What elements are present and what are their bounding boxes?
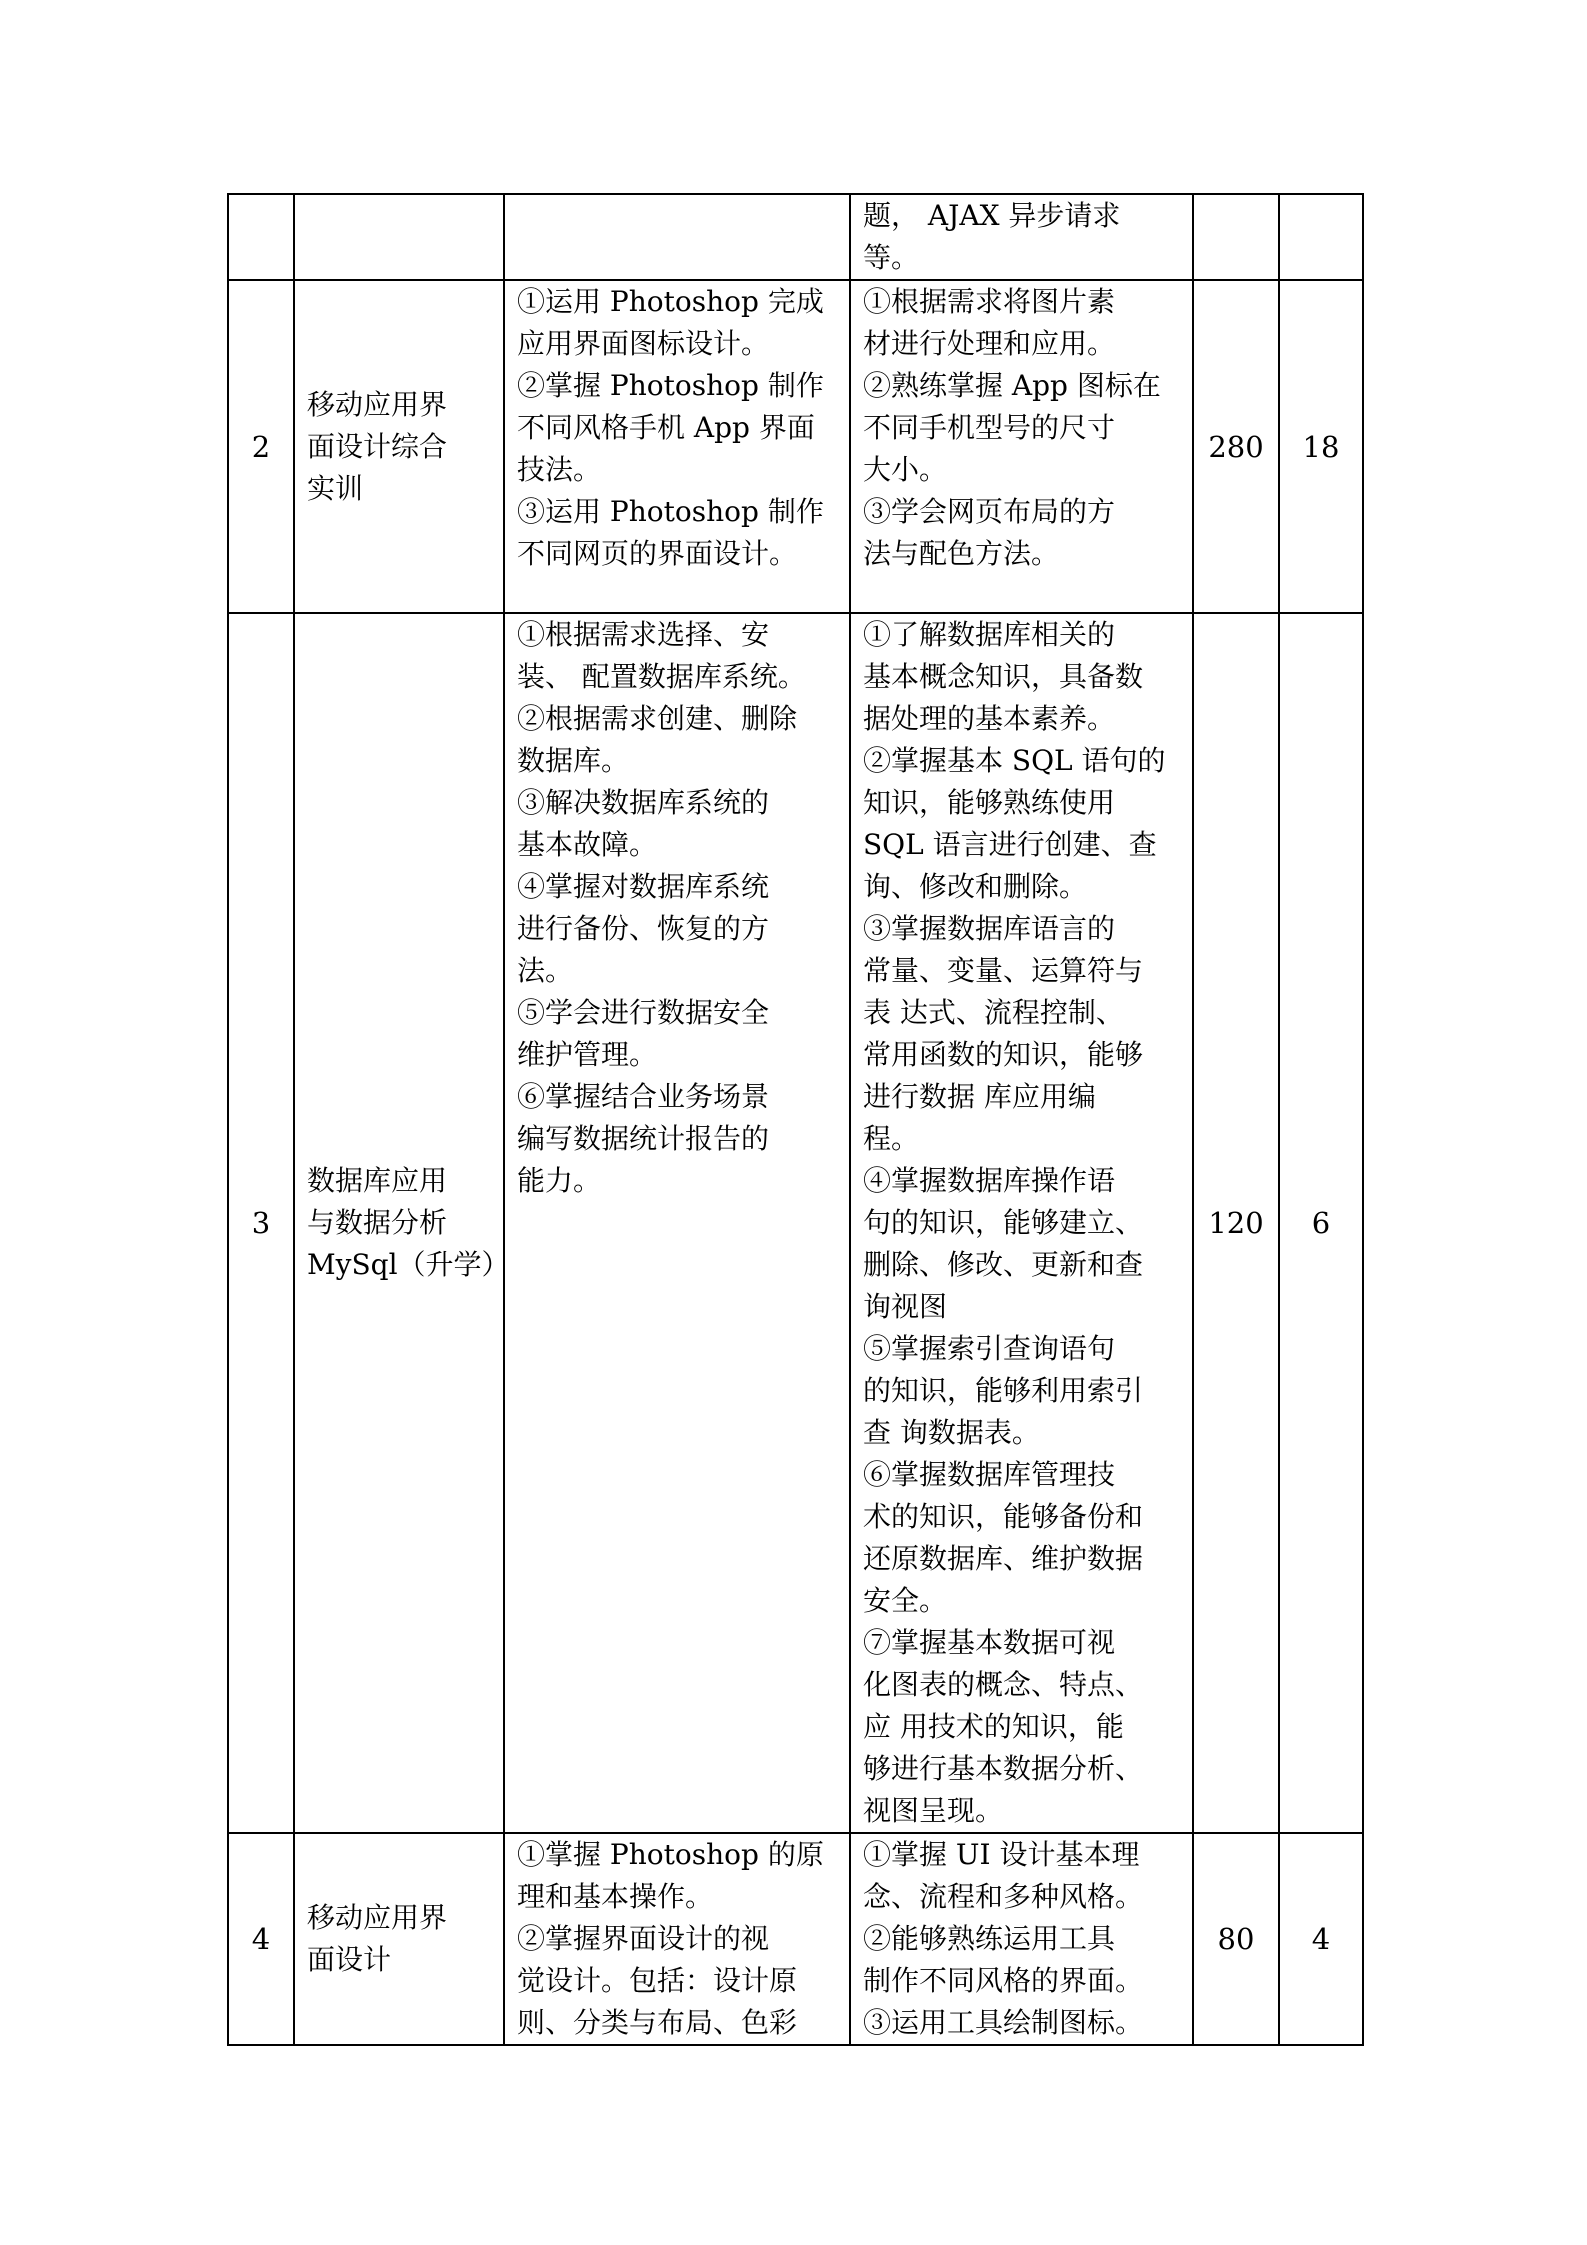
text-line: ③运用 Photoshop 制作 <box>517 491 845 533</box>
text-line: 进行备份、恢复的方 <box>517 908 845 950</box>
knowledge-cell: ①了解数据库相关的基本概念知识，具备数据处理的基本素养。②掌握基本 SQL 语句… <box>850 613 1193 1833</box>
course-name-cell: 移动应用界面设计综合实训 <box>294 280 504 613</box>
text-line: 不同手机型号的尺寸 <box>863 407 1188 449</box>
requirements-cell: ①掌握 Photoshop 的原理和基本操作。②掌握界面设计的视觉设计。包括：设… <box>504 1833 850 2045</box>
row-index: 4 <box>228 1833 294 2045</box>
text-line: 数据库。 <box>517 740 845 782</box>
text-line: 够进行基本数据分析、 <box>863 1748 1188 1790</box>
text-line: ①掌握 Photoshop 的原 <box>517 1834 845 1876</box>
knowledge-text: ①了解数据库相关的基本概念知识，具备数据处理的基本素养。②掌握基本 SQL 语句… <box>851 614 1192 1832</box>
text-line: ②掌握界面设计的视 <box>517 1918 845 1960</box>
text-line: ③学会网页布局的方 <box>863 491 1188 533</box>
text-line: 维护管理。 <box>517 1034 845 1076</box>
credits-cell: 18 <box>1279 280 1363 613</box>
text-line: ②能够熟练运用工具 <box>863 1918 1188 1960</box>
text-line: 能力。 <box>517 1160 845 1202</box>
text-line: ②掌握 Photoshop 制作 <box>517 365 845 407</box>
text-line: 查 询数据表。 <box>863 1412 1188 1454</box>
text-line: 的知识，能够利用索引 <box>863 1370 1188 1412</box>
knowledge-cell: ①掌握 UI 设计基本理念、流程和多种风格。②能够熟练运用工具制作不同风格的界面… <box>850 1833 1193 2045</box>
row-index: 3 <box>228 613 294 1833</box>
text-line: 移动应用界 <box>307 1897 499 1939</box>
curriculum-table: 题， AJAX 异步请求等。 2 移动应用界面设计综合实训 ①运用 Photos… <box>227 193 1364 2046</box>
requirements-cell: ①运用 Photoshop 完成应用界面图标设计。②掌握 Photoshop 制… <box>504 280 850 613</box>
table-row: 题， AJAX 异步请求等。 <box>228 194 1363 280</box>
text-line: 知识，能够熟练使用 <box>863 782 1188 824</box>
credits-cell: 4 <box>1279 1833 1363 2045</box>
course-name-cell <box>294 194 504 280</box>
text-line: 安全。 <box>863 1580 1188 1622</box>
text-line: ⑦掌握基本数据可视 <box>863 1622 1188 1664</box>
text-line: 应用界面图标设计。 <box>517 323 845 365</box>
knowledge-text: 题， AJAX 异步请求等。 <box>851 195 1192 279</box>
text-line: 应 用技术的知识，能 <box>863 1706 1188 1748</box>
text-line: ①根据需求将图片素 <box>863 281 1188 323</box>
text-line: 念、流程和多种风格。 <box>863 1876 1188 1918</box>
text-line: 理和基本操作。 <box>517 1876 845 1918</box>
text-line: ③解决数据库系统的 <box>517 782 845 824</box>
text-line: ②掌握基本 SQL 语句的 <box>863 740 1188 782</box>
text-line: SQL 语言进行创建、查 <box>863 824 1188 866</box>
text-line: ②熟练掌握 App 图标在 <box>863 365 1188 407</box>
text-line: 还原数据库、维护数据 <box>863 1538 1188 1580</box>
requirements-text: ①运用 Photoshop 完成应用界面图标设计。②掌握 Photoshop 制… <box>505 281 849 575</box>
course-name: 移动应用界面设计 <box>295 1897 503 1981</box>
text-line: 据处理的基本素养。 <box>863 698 1188 740</box>
knowledge-text: ①掌握 UI 设计基本理念、流程和多种风格。②能够熟练运用工具制作不同风格的界面… <box>851 1834 1192 2044</box>
credits-cell <box>1279 194 1363 280</box>
text-line: ⑤掌握索引查询语句 <box>863 1328 1188 1370</box>
text-line: ⑤学会进行数据安全 <box>517 992 845 1034</box>
credits-cell: 6 <box>1279 613 1363 1833</box>
text-line: 询视图 <box>863 1286 1188 1328</box>
knowledge-cell: ①根据需求将图片素材进行处理和应用。②熟练掌握 App 图标在不同手机型号的尺寸… <box>850 280 1193 613</box>
text-line: 进行数据 库应用编 <box>863 1076 1188 1118</box>
text-line: 面设计综合 <box>307 426 499 468</box>
text-line: ⑥掌握结合业务场景 <box>517 1076 845 1118</box>
table-row: 4 移动应用界面设计 ①掌握 Photoshop 的原理和基本操作。②掌握界面设… <box>228 1833 1363 2045</box>
text-line: ①了解数据库相关的 <box>863 614 1188 656</box>
text-line: 不同网页的界面设计。 <box>517 533 845 575</box>
text-line: 法与配色方法。 <box>863 533 1188 575</box>
text-line: MySql（升学） <box>307 1244 499 1286</box>
text-line: 化图表的概念、特点、 <box>863 1664 1188 1706</box>
text-line: 不同风格手机 App 界面 <box>517 407 845 449</box>
requirements-cell: ①根据需求选择、安装、 配置数据库系统。②根据需求创建、删除数据库。③解决数据库… <box>504 613 850 1833</box>
hours-cell: 120 <box>1193 613 1279 1833</box>
text-line: 与数据分析 <box>307 1202 499 1244</box>
text-line: 程。 <box>863 1118 1188 1160</box>
table-row: 3 数据库应用与数据分析MySql（升学） ①根据需求选择、安装、 配置数据库系… <box>228 613 1363 1833</box>
text-line: 常用函数的知识，能够 <box>863 1034 1188 1076</box>
text-line: 材进行处理和应用。 <box>863 323 1188 365</box>
text-line: ③运用工具绘制图标。 <box>863 2002 1188 2044</box>
text-line: 术的知识，能够备份和 <box>863 1496 1188 1538</box>
text-line: ①根据需求选择、安 <box>517 614 845 656</box>
course-name: 数据库应用与数据分析MySql（升学） <box>295 1160 503 1286</box>
text-line: 删除、修改、更新和查 <box>863 1244 1188 1286</box>
text-line: ②根据需求创建、删除 <box>517 698 845 740</box>
requirements-text: ①掌握 Photoshop 的原理和基本操作。②掌握界面设计的视觉设计。包括：设… <box>505 1834 849 2044</box>
knowledge-cell: 题， AJAX 异步请求等。 <box>850 194 1193 280</box>
text-line: 技法。 <box>517 449 845 491</box>
text-line: ①运用 Photoshop 完成 <box>517 281 845 323</box>
requirements-cell <box>504 194 850 280</box>
text-line: 装、 配置数据库系统。 <box>517 656 845 698</box>
text-line: 题， AJAX 异步请求 <box>863 195 1188 237</box>
text-line: ④掌握数据库操作语 <box>863 1160 1188 1202</box>
requirements-text: ①根据需求选择、安装、 配置数据库系统。②根据需求创建、删除数据库。③解决数据库… <box>505 614 849 1202</box>
text-line: 常量、变量、运算符与 <box>863 950 1188 992</box>
text-line: 数据库应用 <box>307 1160 499 1202</box>
course-name-cell: 移动应用界面设计 <box>294 1833 504 2045</box>
row-index: 2 <box>228 280 294 613</box>
text-line: ④掌握对数据库系统 <box>517 866 845 908</box>
text-line: 基本概念知识，具备数 <box>863 656 1188 698</box>
text-line: 大小。 <box>863 449 1188 491</box>
text-line: 面设计 <box>307 1939 499 1981</box>
text-line: ⑥掌握数据库管理技 <box>863 1454 1188 1496</box>
hours-cell: 80 <box>1193 1833 1279 2045</box>
course-name-cell: 数据库应用与数据分析MySql（升学） <box>294 613 504 1833</box>
text-line: ③掌握数据库语言的 <box>863 908 1188 950</box>
text-line: 法。 <box>517 950 845 992</box>
hours-cell <box>1193 194 1279 280</box>
text-line: 觉设计。包括：设计原 <box>517 1960 845 2002</box>
knowledge-text: ①根据需求将图片素材进行处理和应用。②熟练掌握 App 图标在不同手机型号的尺寸… <box>851 281 1192 575</box>
text-line: 则、分类与布局、色彩 <box>517 2002 845 2044</box>
text-line: 基本故障。 <box>517 824 845 866</box>
text-line: 视图呈现。 <box>863 1790 1188 1832</box>
text-line: 等。 <box>863 237 1188 279</box>
text-line: 制作不同风格的界面。 <box>863 1960 1188 2002</box>
table-row: 2 移动应用界面设计综合实训 ①运用 Photoshop 完成应用界面图标设计。… <box>228 280 1363 613</box>
text-line: 移动应用界 <box>307 384 499 426</box>
text-line: 句的知识，能够建立、 <box>863 1202 1188 1244</box>
course-name: 移动应用界面设计综合实训 <box>295 384 503 510</box>
row-index <box>228 194 294 280</box>
text-line: 实训 <box>307 468 499 510</box>
text-line: ①掌握 UI 设计基本理 <box>863 1834 1188 1876</box>
text-line: 编写数据统计报告的 <box>517 1118 845 1160</box>
text-line: 表 达式、流程控制、 <box>863 992 1188 1034</box>
hours-cell: 280 <box>1193 280 1279 613</box>
text-line: 询、修改和删除。 <box>863 866 1188 908</box>
